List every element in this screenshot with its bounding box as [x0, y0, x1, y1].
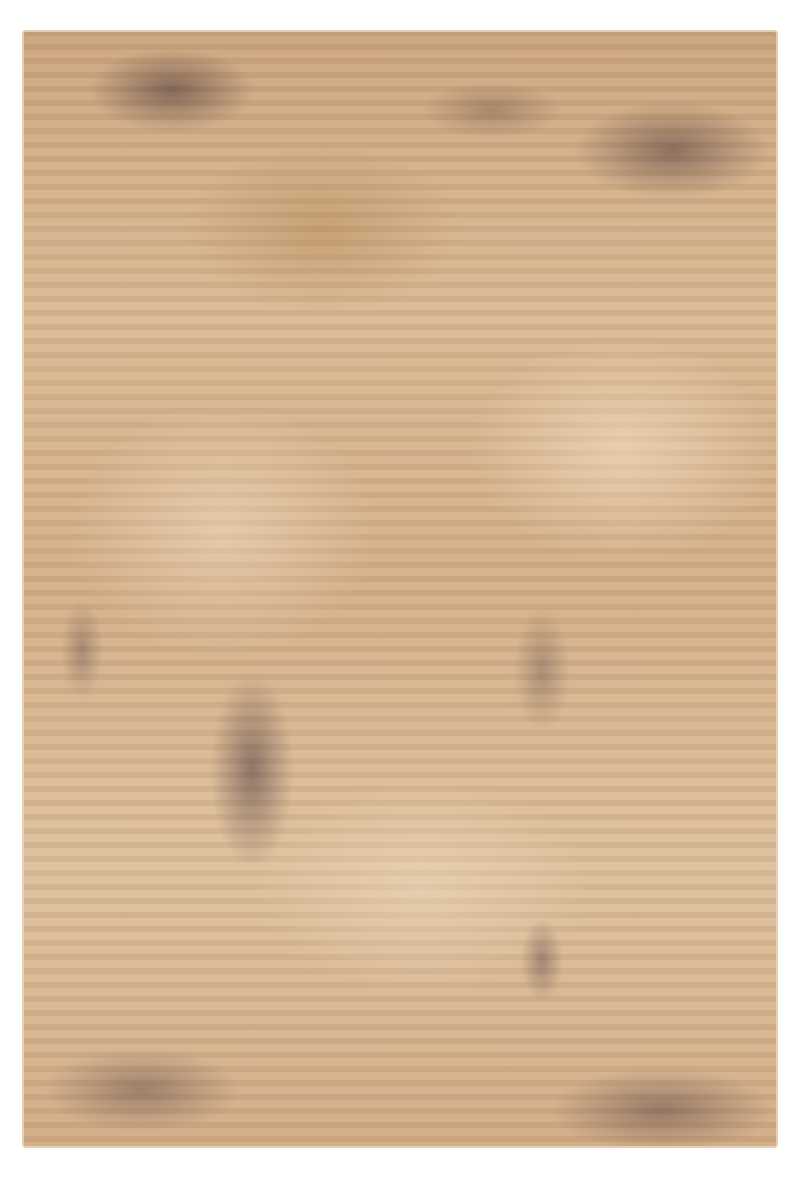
rug-image	[22, 30, 778, 1148]
